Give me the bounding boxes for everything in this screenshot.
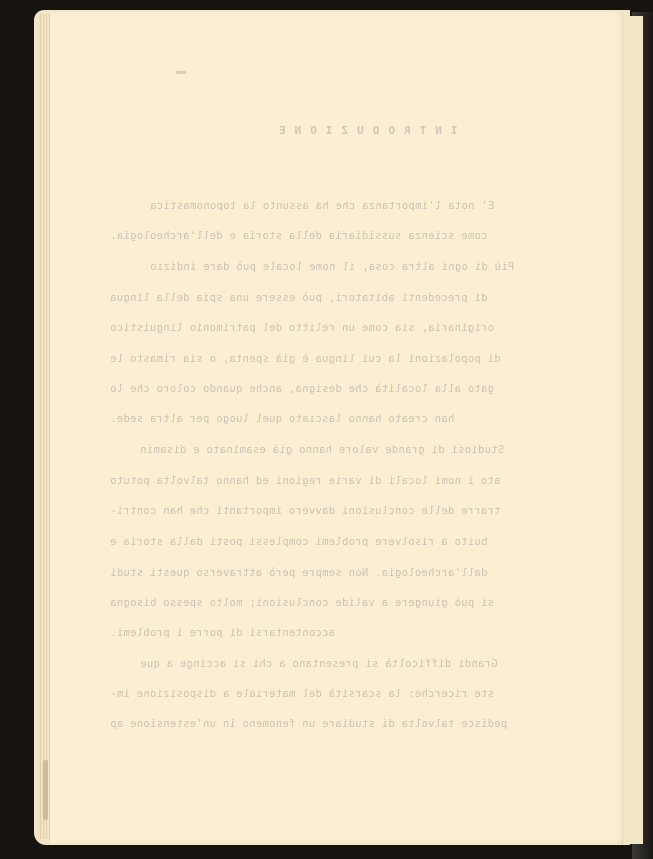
facing-page-edge — [622, 16, 643, 844]
title-bleed-through: INTRODUZIONE — [270, 124, 457, 137]
page-mark — [176, 71, 186, 74]
text-line: buito a risolvere problemi complessi pos… — [110, 536, 487, 548]
text-line: ste ricerche: la scarsità del materiale … — [110, 688, 494, 700]
text-line: originaria, sia come un relitto del patr… — [110, 322, 494, 334]
text-line: ato i nomi locali di varie regioni ed ha… — [110, 475, 501, 487]
text-line: gato alla località che designa, anche qu… — [110, 383, 494, 395]
text-line: E' nota l'importanza che ha assunto la t… — [150, 200, 494, 212]
text-line: trarre delle conclusioni davvero importa… — [110, 505, 501, 517]
text-line: come scienza sussidiaria della storia e … — [110, 230, 487, 242]
text-line: han creato hanno lasciato quel luogo per… — [110, 413, 454, 425]
text-line: Grandi difficoltà si presentano a chi si… — [140, 658, 498, 670]
text-line: dall'archeologia. Non sempre però attrav… — [110, 567, 487, 579]
edge-stain — [43, 760, 48, 820]
text-line: si può giungere a valide conclusioni; mo… — [110, 597, 494, 609]
text-line: pedisce talvolta di studiare un fenomeno… — [110, 718, 507, 730]
text-line: Più di ogni altra cosa, il nome locale p… — [150, 261, 514, 273]
text-line: accontentarsi di porre i problemi. — [110, 627, 335, 639]
text-line: di popolazioni la cui lingua è già spent… — [110, 353, 501, 365]
text-line: Studiosi di grande valore hanno già esam… — [140, 444, 504, 456]
text-line: di precedenti abitatori, può essere una … — [110, 292, 487, 304]
